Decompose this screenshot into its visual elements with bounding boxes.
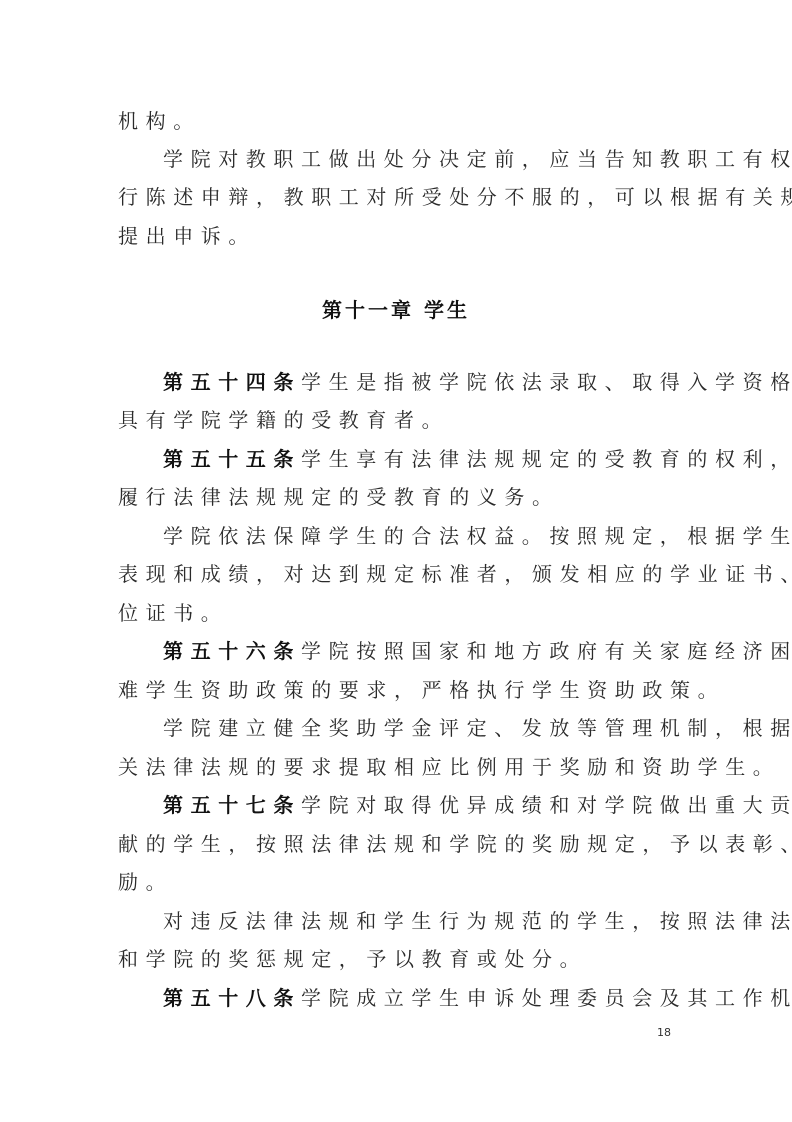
article-label: 第五十六条 — [163, 639, 301, 663]
text-line: 表现和成绩，对达到规定标准者，颁发相应的学业证书、学 — [118, 562, 792, 586]
text-line: 学院依法保障学生的合法权益。按照规定，根据学生的 — [163, 524, 792, 548]
text-line: 位证书。 — [118, 601, 228, 625]
text-line: 献的学生，按照法律法规和学院的奖励规定，予以表彰、奖 — [118, 832, 792, 856]
text-line: 难学生资助政策的要求，严格执行学生资助政策。 — [118, 678, 725, 702]
text-line: 和学院的奖惩规定，予以教育或处分。 — [118, 947, 587, 971]
article-text: 学生是指被学院依法录取、取得入学资格， — [301, 370, 792, 394]
article-58: 第五十八条学院成立学生申诉处理委员会及其工作机 — [163, 986, 792, 1010]
article-text: 学院按照国家和地方政府有关家庭经济困 — [301, 639, 792, 663]
article-label: 第五十四条 — [163, 370, 301, 394]
text-line: 学院对教职工做出处分决定前，应当告知教职工有权进 — [163, 147, 792, 171]
article-text: 学生享有法律法规规定的受教育的权利， — [301, 447, 792, 471]
article-54: 第五十四条学生是指被学院依法录取、取得入学资格， — [163, 370, 792, 394]
text-line: 学院建立健全奖助学金评定、发放等管理机制，根据有 — [163, 716, 792, 740]
chapter-title: 第十一章 学生 — [0, 294, 792, 323]
article-57: 第五十七条学院对取得优异成绩和对学院做出重大贡 — [163, 793, 792, 817]
text-line: 行陈述申辩，教职工对所受处分不服的，可以根据有关规定 — [118, 185, 792, 209]
article-label: 第五十八条 — [163, 986, 301, 1010]
article-55: 第五十五条学生享有法律法规规定的受教育的权利， — [163, 447, 792, 471]
page-number: 18 — [657, 1026, 671, 1039]
article-label: 第五十五条 — [163, 447, 301, 471]
document-page: 机构。 学院对教职工做出处分决定前，应当告知教职工有权进 行陈述申辩，教职工对所… — [0, 0, 792, 1122]
text-line: 关法律法规的要求提取相应比例用于奖励和资助学生。 — [118, 755, 780, 779]
text-line: 对违反法律法规和学生行为规范的学生，按照法律法规 — [163, 909, 792, 933]
text-line: 励。 — [118, 870, 173, 894]
article-text: 学院成立学生申诉处理委员会及其工作机 — [301, 986, 792, 1010]
article-56: 第五十六条学院按照国家和地方政府有关家庭经济困 — [163, 639, 792, 663]
text-line: 具有学院学籍的受教育者。 — [118, 408, 449, 432]
text-line: 机构。 — [118, 109, 201, 133]
article-label: 第五十七条 — [163, 793, 301, 817]
article-text: 学院对取得优异成绩和对学院做出重大贡 — [301, 793, 792, 817]
text-line: 履行法律法规规定的受教育的义务。 — [118, 485, 560, 509]
text-line: 提出申诉。 — [118, 224, 256, 248]
